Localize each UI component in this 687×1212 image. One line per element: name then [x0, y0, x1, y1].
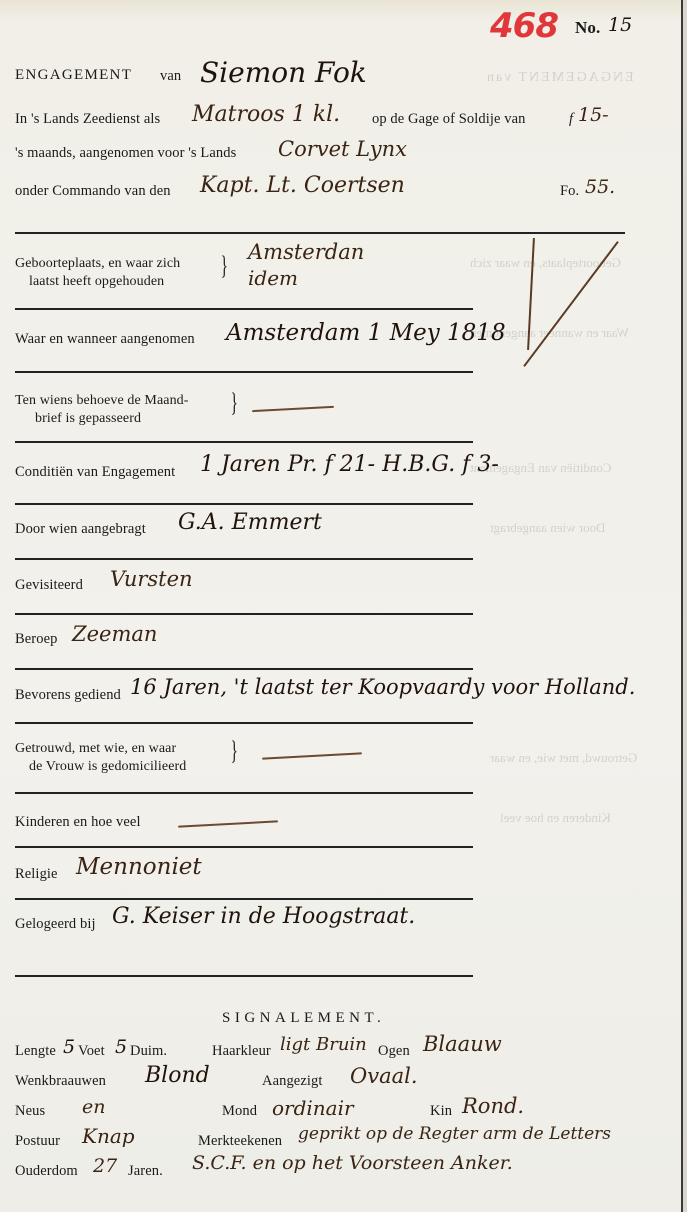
- separator-line: [15, 846, 473, 848]
- feet-label: Voet: [78, 1043, 105, 1060]
- lodged-at-value: G. Keiser in de Hoogstraat.: [112, 904, 415, 929]
- sailor-name: Siemon Fok: [200, 56, 367, 89]
- commando-label: onder Commando van den: [15, 183, 171, 200]
- hair-label: Haarkleur: [212, 1043, 271, 1060]
- nose-label: Neus: [15, 1103, 45, 1120]
- folio-value: 55.: [585, 176, 615, 198]
- nose-value: en: [82, 1096, 105, 1118]
- separator-line: [15, 898, 473, 900]
- maands-label: 's maands, aangenomen voor 's Lands: [15, 145, 236, 162]
- build-label: Postuur: [15, 1133, 60, 1150]
- gage-label: op de Gage of Soldije van: [372, 111, 526, 128]
- marks-label: Merkteekenen: [198, 1133, 282, 1150]
- marks-value-line2: S.C.F. en op het Voorsteen Anker.: [192, 1152, 513, 1174]
- face-label: Aangezigt: [262, 1073, 323, 1090]
- field-label-enlisted: Waar en wanneer aangenomen: [15, 331, 195, 348]
- field-label-prior-service: Bevorens gediend: [15, 687, 121, 704]
- last-residence-value: idem: [248, 266, 298, 290]
- recruited-by-value: G.A. Emmert: [178, 510, 322, 535]
- chin-value: Rond.: [462, 1094, 524, 1118]
- height-inches: 5: [115, 1036, 127, 1058]
- bleed-through-text: Getrouwd, met wie, en waar: [490, 750, 637, 766]
- age-label: Ouderdom: [15, 1163, 78, 1180]
- separator-line: [15, 613, 473, 615]
- conditions-value: 1 Jaren Pr. f 21- H.B.G. f 3-: [200, 452, 499, 477]
- hair-value: ligt Bruin: [280, 1034, 367, 1055]
- field-label-married: Getrouwd, met wie, en waar de Vrouw is g…: [15, 740, 186, 776]
- ship-value: Corvet Lynx: [278, 137, 407, 161]
- field-label-recruited-by: Door wien aangebragt: [15, 521, 146, 538]
- separator-line: [15, 975, 473, 977]
- chin-label: Kin: [430, 1103, 452, 1120]
- brace-icon: }: [230, 741, 237, 761]
- field-label-religion: Religie: [15, 866, 58, 883]
- field-label-conditions: Conditiën van Engagement: [15, 464, 175, 481]
- rank-value: Matroos 1 kl.: [192, 102, 340, 127]
- signalement-title: SIGNALEMENT.: [222, 1010, 385, 1027]
- number-label: No.: [575, 18, 600, 38]
- profession-value: Zeeman: [72, 622, 157, 646]
- birthplace-value: Amsterdan: [248, 240, 364, 264]
- gage-currency: f: [569, 111, 573, 128]
- field-label-profession: Beroep: [15, 631, 57, 648]
- face-value: Ovaal.: [350, 1064, 418, 1088]
- separator-line: [15, 308, 473, 310]
- inspected-value: Vursten: [110, 567, 193, 591]
- separator-line: [15, 232, 625, 234]
- marks-value-line1: geprikt op de Regter arm de Letters: [298, 1124, 611, 1144]
- eyes-value: Blaauw: [423, 1032, 502, 1056]
- field-label-birthplace: Geboorteplaats, en waar zich laatst heef…: [15, 255, 180, 291]
- engagement-title: ENGAGEMENT: [15, 67, 132, 84]
- brace-icon: }: [230, 393, 237, 413]
- number-value: 15: [608, 14, 632, 36]
- bleed-through-text: ENGAGEMENT van: [485, 70, 634, 86]
- separator-line: [15, 792, 473, 794]
- inches-label: Duim.: [130, 1043, 167, 1060]
- brace-icon: }: [220, 256, 227, 276]
- van-label: van: [160, 68, 181, 85]
- enlisted-value: Amsterdam 1 Mey 1818: [226, 320, 506, 346]
- separator-line: [15, 371, 473, 373]
- bleed-through-text: Door wien aangebragt: [490, 520, 606, 536]
- bleed-through-text: Kinderen en hoe veel: [500, 810, 611, 826]
- field-label-maandbrief: Ten wiens behoeve de Maand- brief is gep…: [15, 392, 189, 428]
- page-margin: [683, 0, 687, 1212]
- separator-line: [15, 503, 473, 505]
- separator-line: [15, 441, 473, 443]
- separator-line: [15, 722, 473, 724]
- commander-value: Kapt. Lt. Coertsen: [200, 173, 405, 198]
- field-label-children: Kinderen en hoe veel: [15, 814, 141, 831]
- zeedienst-label: In 's Lands Zeedienst als: [15, 111, 160, 128]
- folio-label: Fo.: [560, 183, 579, 200]
- mouth-value: ordinair: [272, 1096, 354, 1120]
- religion-value: Mennoniet: [76, 854, 202, 880]
- field-label-lodged-at: Gelogeerd bij: [15, 916, 96, 933]
- years-label: Jaren.: [128, 1163, 163, 1180]
- prior-service-value: 16 Jaren, 't laatst ter Koopvaardy voor …: [130, 675, 635, 699]
- eyebrows-value: Blond: [145, 1063, 210, 1088]
- separator-line: [15, 558, 473, 560]
- age-value: 27: [93, 1155, 117, 1177]
- register-number: 468: [490, 6, 558, 46]
- field-label-inspected: Gevisiteerd: [15, 577, 83, 594]
- height-label: Lengte: [15, 1043, 56, 1060]
- gage-value: 15-: [578, 104, 609, 126]
- build-value: Knap: [82, 1124, 135, 1148]
- separator-line: [15, 668, 473, 670]
- height-feet: 5: [63, 1036, 75, 1058]
- eyebrows-label: Wenkbraauwen: [15, 1073, 106, 1090]
- mouth-label: Mond: [222, 1103, 257, 1120]
- eyes-label: Ogen: [378, 1043, 410, 1060]
